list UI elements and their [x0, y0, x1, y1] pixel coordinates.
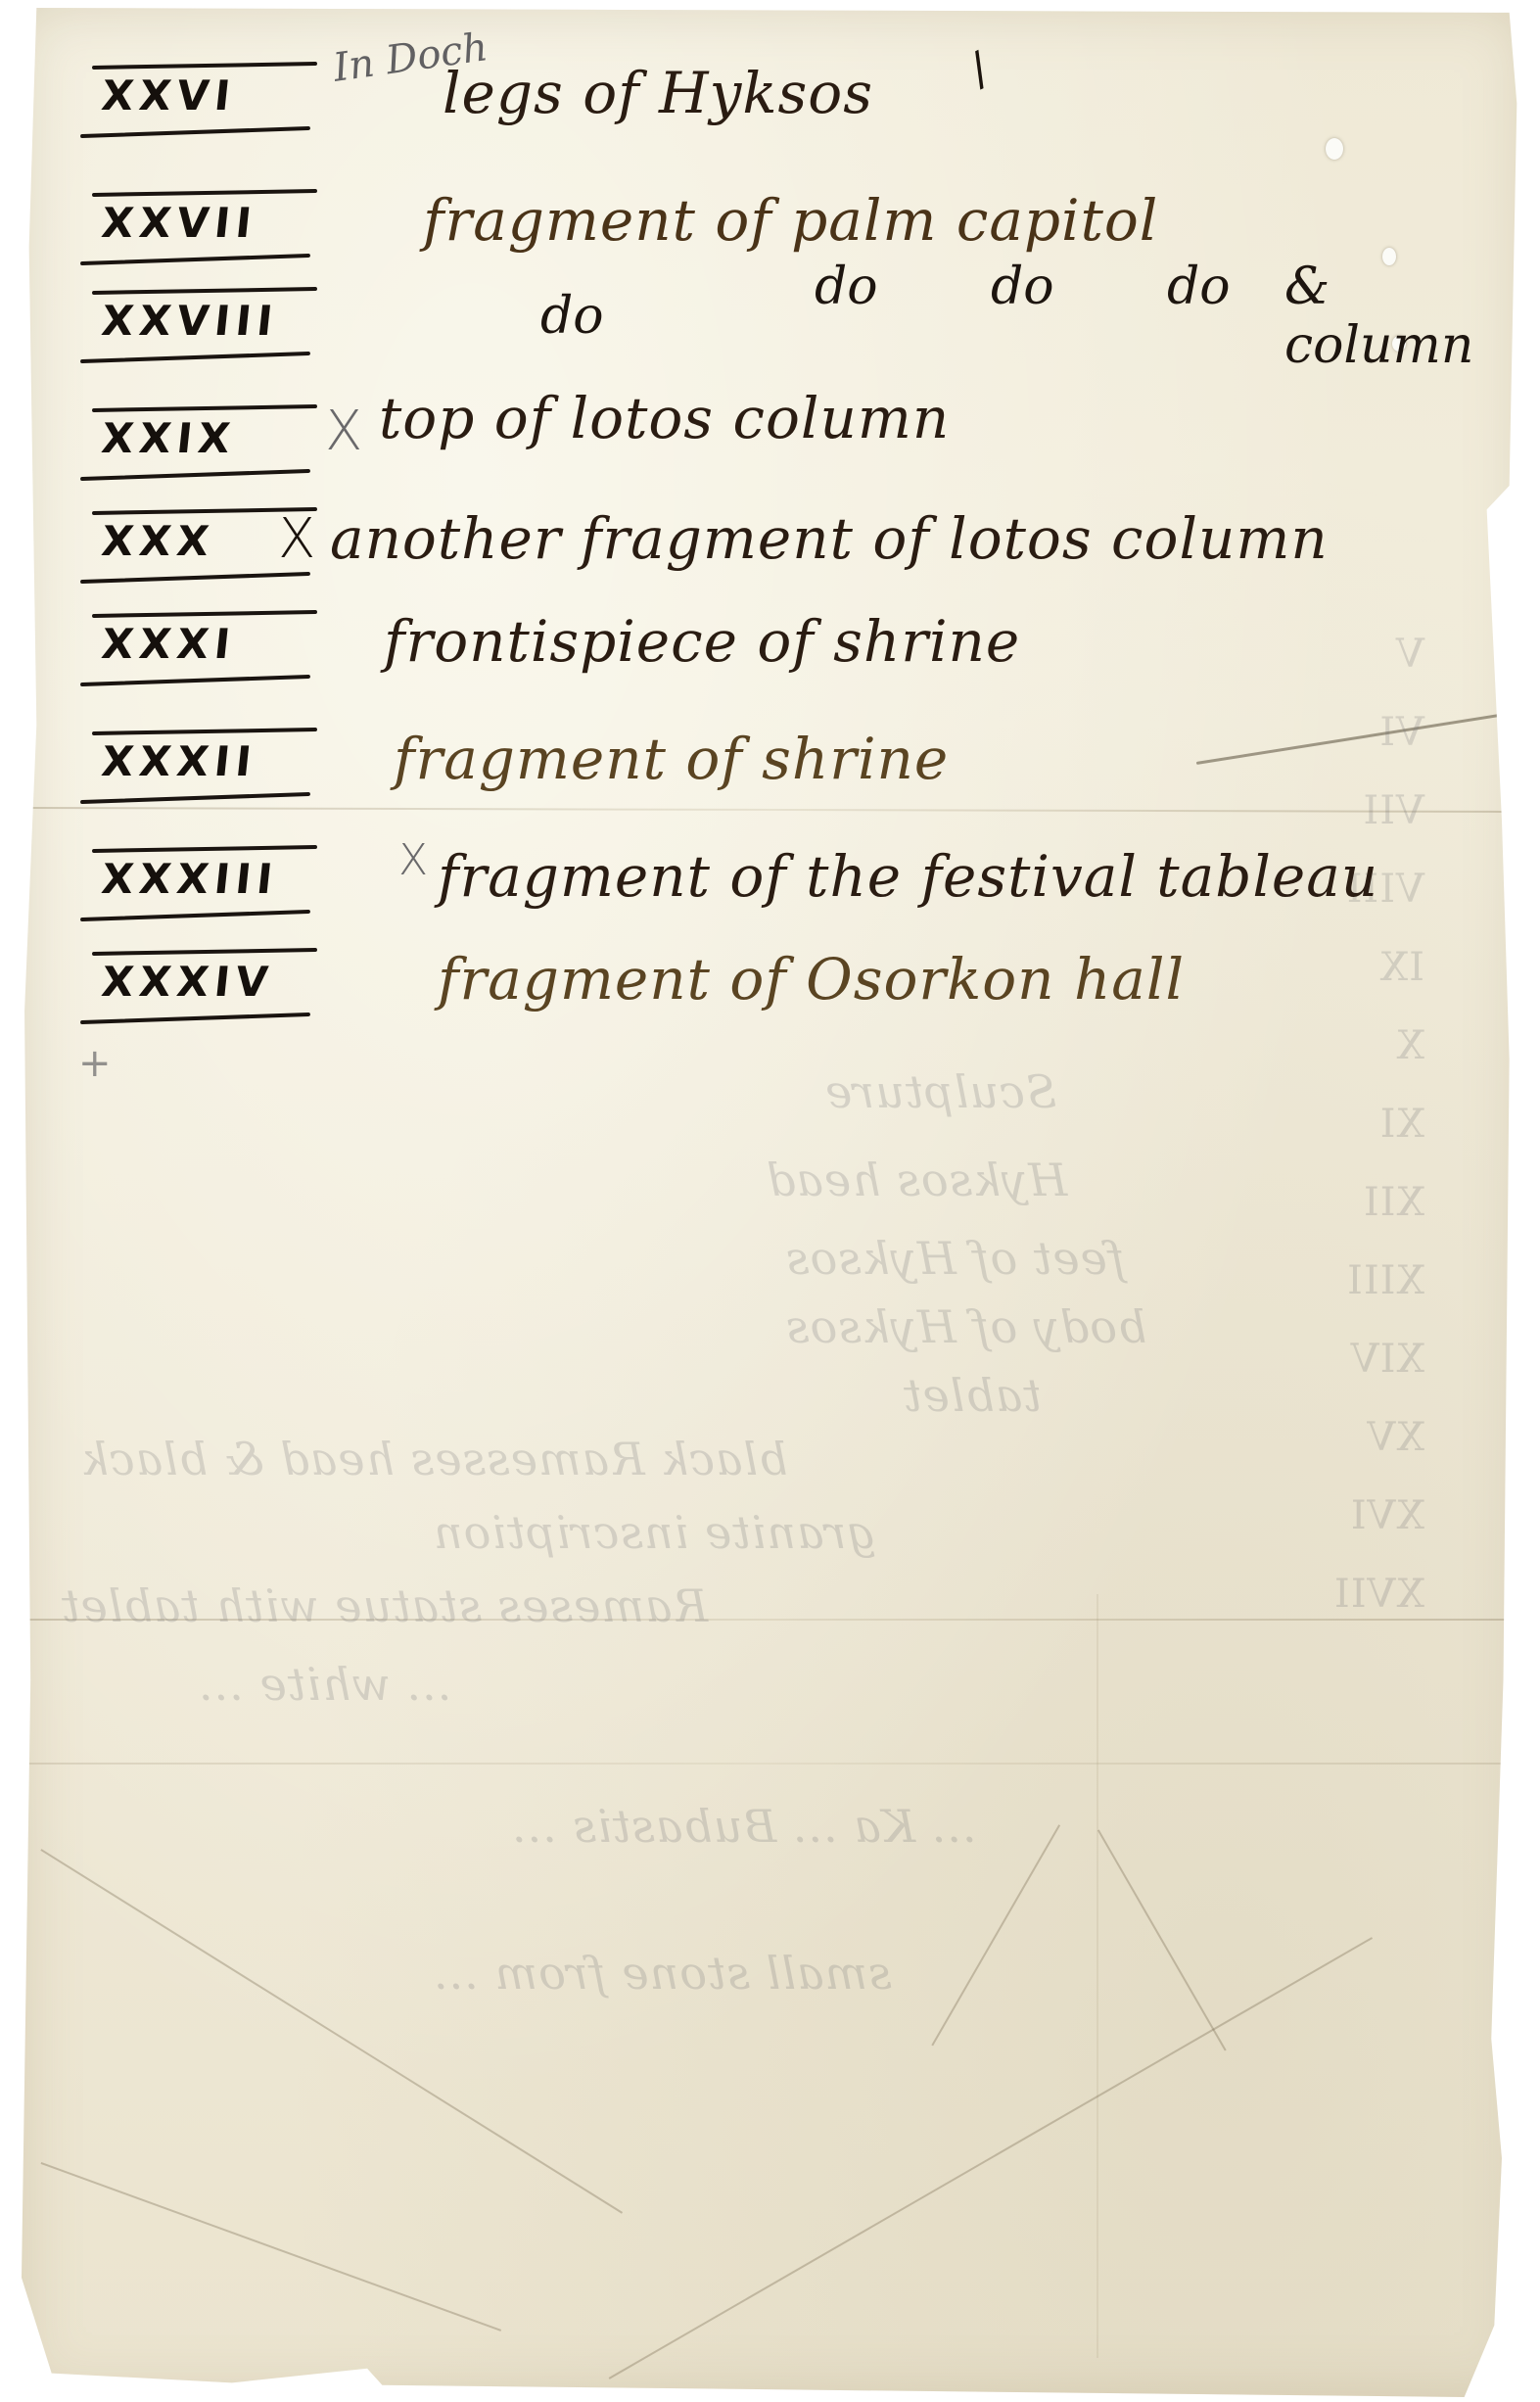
numeral-box: XXVI [80, 52, 325, 150]
rule-line [80, 126, 310, 138]
rule-line [80, 792, 310, 804]
bleed-through-text: Rameses statue with tablet [61, 1579, 708, 1632]
paper-crease [931, 1824, 1059, 2046]
paper-sheet: Sculpture Hyksos head feet of Hyksos bod… [22, 8, 1524, 2397]
roman-numeral: XXXI [99, 620, 238, 668]
rule-line [80, 675, 310, 686]
rule-line [92, 948, 317, 956]
roman-numeral: XXVIII [99, 297, 280, 345]
roman-numeral: XXVII [99, 199, 259, 247]
ditto-suffix: & column [1284, 258, 1529, 375]
roman-numeral: XXX [99, 517, 216, 565]
bleed-through-text: tablet [903, 1369, 1042, 1422]
rule-line [80, 254, 310, 265]
list-item: XXIX X top of lotos column [61, 395, 1529, 502]
item-description: frontispiece of shrine [384, 608, 1020, 675]
rule-line [80, 352, 310, 363]
bleed-through-text: feet of Hyksos [785, 1232, 1125, 1285]
rule-line [92, 845, 317, 853]
fold-line [1097, 1594, 1098, 2358]
paper-crease [1097, 1829, 1226, 2050]
rule-line [92, 287, 317, 295]
roman-numeral: XXVI [99, 71, 238, 119]
item-description: fragment of the festival tableau [438, 843, 1378, 910]
rule-line [92, 404, 317, 412]
numeral-box: XXXII [80, 718, 325, 816]
bleed-through-text: ... white ... [198, 1658, 451, 1711]
item-description: legs of Hyksos [443, 60, 873, 126]
numeral-box: XXXIII [80, 835, 325, 933]
rule-line [80, 572, 310, 584]
rule-line [92, 728, 317, 735]
roman-numeral: XXXII [99, 737, 259, 785]
numeral-box: XXXI [80, 600, 325, 698]
roman-numeral: XXXIII [99, 855, 280, 903]
roman-numeral: XXXIV [99, 958, 275, 1006]
ditto-mark: do [540, 287, 604, 346]
numeral-box: XXXIV [80, 938, 325, 1036]
paper-crease [41, 1849, 623, 2213]
rule-line [92, 62, 317, 70]
item-description: top of lotos column [379, 385, 950, 451]
rule-line [80, 910, 310, 921]
rule-line [80, 1013, 310, 1024]
list-item: XXXIV fragment of Osorkon hall [61, 938, 1529, 1046]
pencil-x-mark-icon: X [325, 400, 362, 463]
bleed-through-text: Hyksos head [766, 1154, 1067, 1206]
bleed-through-text: Sculpture [824, 1065, 1056, 1118]
item-description: fragment of Osorkon hall [438, 946, 1185, 1013]
item-description: fragment of palm capitol [423, 187, 1158, 254]
list-item: XXXIII X fragment of the festival tablea… [61, 835, 1529, 943]
list-item: XXVI legs of Hyksos / [61, 52, 1529, 160]
bleed-through-text: black Ramesses head & black [80, 1433, 788, 1485]
numeral-box: XXVII [80, 179, 325, 277]
fold-line [22, 1763, 1524, 1765]
bleed-through-text: body of Hyksos [785, 1300, 1146, 1353]
roman-numeral: XXIX [99, 414, 238, 462]
list-item: XXXII fragment of shrine [61, 718, 1529, 825]
numeral-box: XXVIII [80, 277, 325, 375]
bleed-through-text: ... Ka ... Bubastis ... [511, 1800, 977, 1853]
rule-line [92, 189, 317, 197]
list-item: XXVIII do do do do & column [61, 277, 1529, 385]
list-item: XXXI frontispiece of shrine [61, 600, 1529, 708]
list-item: XXX X another fragment of lotos column [61, 497, 1529, 605]
ditto-mark: do [991, 258, 1054, 316]
margin-mark-icon: + [78, 1041, 112, 1086]
numeral-box: XXIX [80, 395, 325, 493]
rule-line [80, 469, 310, 481]
bleed-through-text: granite inscription [433, 1506, 876, 1559]
pencil-x-mark-icon: X [398, 835, 428, 885]
item-description: another fragment of lotos column [330, 505, 1329, 572]
bleed-through-text: small stone from ... [433, 1947, 892, 2000]
paper-crease [609, 1937, 1373, 2378]
item-description: fragment of shrine [394, 726, 949, 792]
paper-crease [41, 2162, 501, 2331]
tick-mark-icon: / [960, 41, 997, 95]
rule-line [92, 610, 317, 618]
pencil-x-mark-icon: X [278, 507, 315, 571]
ditto-mark: do [1167, 258, 1231, 316]
ditto-mark: do [815, 258, 878, 316]
